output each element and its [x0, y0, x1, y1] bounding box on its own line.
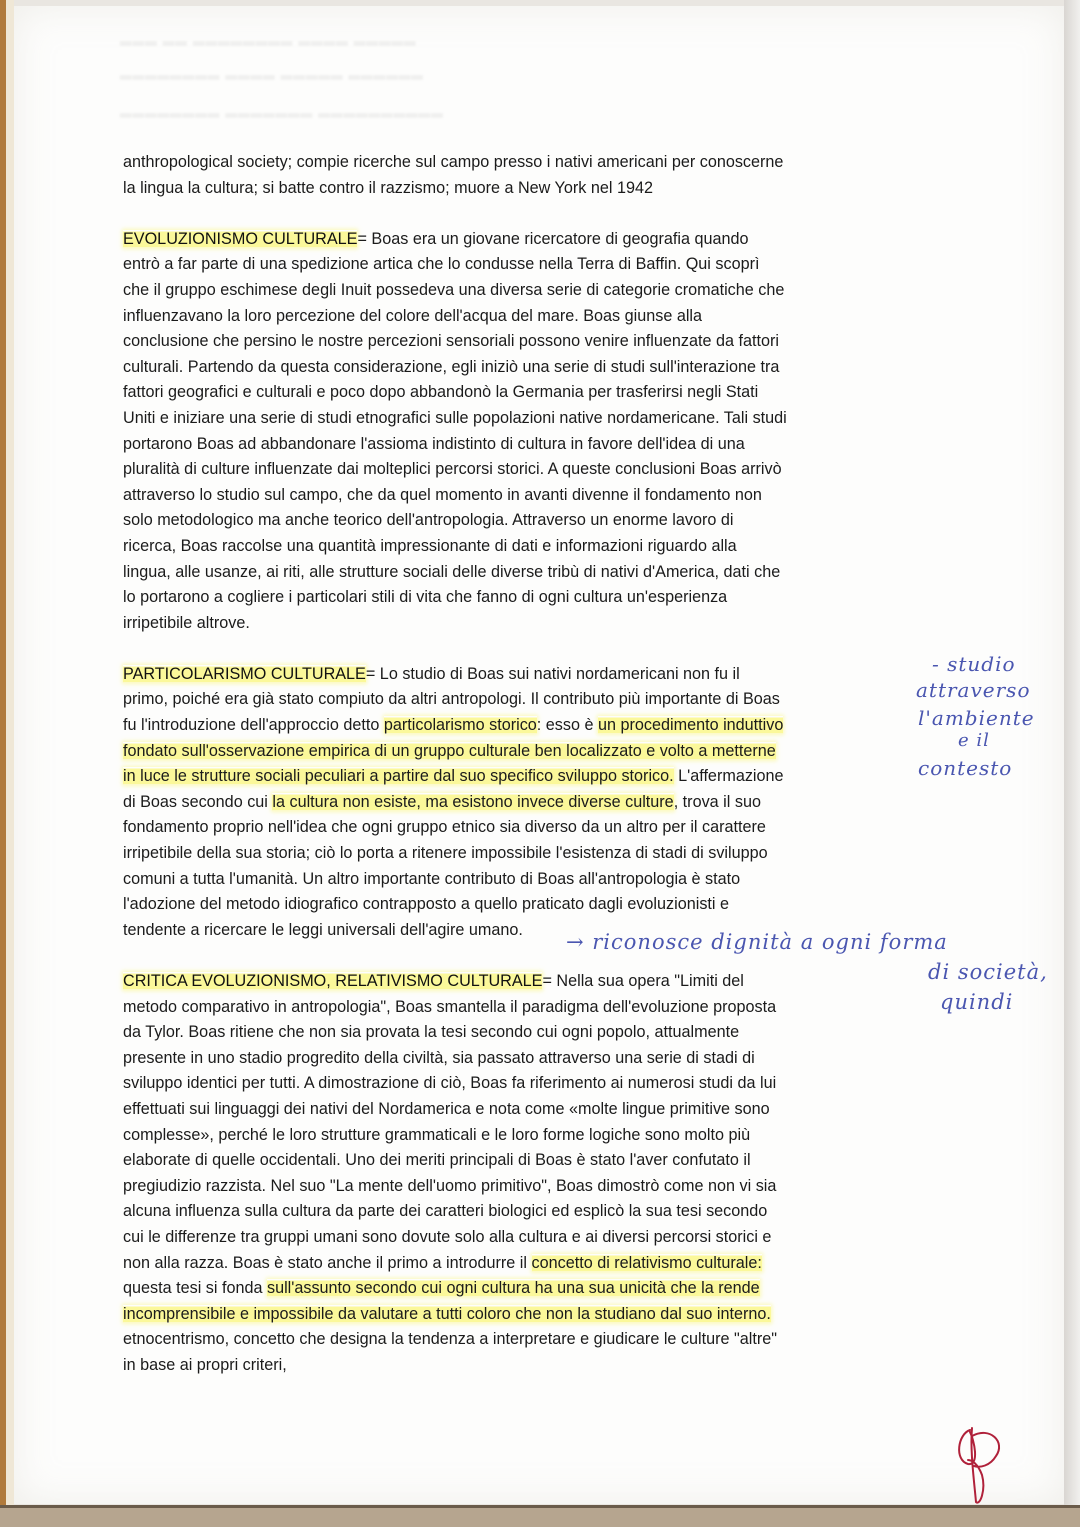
text-line: ricerca, Boas raccolse una quantità impr…: [123, 534, 923, 560]
text-line: metodo comparativo in antropologia", Boa…: [123, 995, 923, 1021]
text-run: fu l'introduzione dell'approccio detto: [123, 716, 384, 734]
text-line: culturali. Partendo da questa consideraz…: [123, 355, 923, 381]
text-line: portarono Boas ad abbandonare l'assioma …: [123, 432, 923, 458]
text-line: in base ai propri criteri,: [123, 1353, 923, 1379]
text-line: CRITICA EVOLUZIONISMO, RELATIVISMO CULTU…: [123, 969, 923, 995]
text-line: Uniti e iniziare una serie di studi etno…: [123, 406, 923, 432]
handwritten-note-line: - studio: [932, 652, 1016, 676]
text-run: = Lo studio di Boas sui nativi nordameri…: [366, 665, 740, 683]
bleed-through-text: ▂▂▂▂▂▂▂▂ ▂▂▂▂▂▂▂ ▂▂▂▂▂▂▂▂▂▂: [120, 100, 444, 118]
text-line: primo, poiché era già stato compiuto da …: [123, 687, 923, 713]
handwritten-note-line: contesto: [918, 756, 1012, 780]
handwritten-note-line: l'ambiente: [918, 706, 1035, 730]
text-line: anthropological society; compie ricerche…: [123, 150, 923, 176]
text-line: pluralità di culture influenzate dai mol…: [123, 457, 923, 483]
section-heading: CRITICA EVOLUZIONISMO, RELATIVISMO CULTU…: [123, 972, 542, 990]
section-heading: PARTICOLARISMO CULTURALE: [123, 665, 366, 683]
text-line: incomprensibile e impossibile da valutar…: [123, 1302, 923, 1328]
text-line: EVOLUZIONISMO CULTURALE= Boas era un gio…: [123, 227, 923, 253]
text-line: etnocentrismo, concetto che designa la t…: [123, 1327, 923, 1353]
text-line: solo metodologico ma anche teorico dell'…: [123, 508, 923, 534]
text-line: questa tesi si fonda sull'assunto second…: [123, 1276, 923, 1302]
text-run: non alla razza. Boas è stato anche il pr…: [123, 1254, 532, 1272]
text-line: l'adozione del metodo idiografico contra…: [123, 892, 923, 918]
text-line: elaborate di quelle occidentali. Uno dei…: [123, 1148, 923, 1174]
text-line: comuni a tutta l'umanità. Un altro impor…: [123, 867, 923, 893]
handwritten-note-line: di società,: [928, 960, 1048, 984]
handwritten-note-line: → riconosce dignità a ogni forma: [566, 930, 948, 954]
text-run: , trova il suo: [674, 793, 761, 811]
text-line: irripetibile altrove.: [123, 611, 923, 637]
text-line: complesse», perché le loro strutture gra…: [123, 1123, 923, 1149]
text-line: pregiudizio razzista. Nel suo "La mente …: [123, 1174, 923, 1200]
highlighted-text: concetto di relativismo culturale:: [532, 1254, 762, 1272]
section-critica-relativismo: CRITICA EVOLUZIONISMO, RELATIVISMO CULTU…: [123, 969, 923, 1379]
section-heading: EVOLUZIONISMO CULTURALE: [123, 230, 357, 248]
handwritten-signature-icon: [950, 1420, 1010, 1510]
highlighted-text: sull'assunto secondo cui ogni cultura ha…: [267, 1279, 760, 1297]
text-line: lingua, alle usanze, ai riti, alle strut…: [123, 560, 923, 586]
text-line: da Tylor. Boas ritiene che non sia prova…: [123, 1020, 923, 1046]
handwritten-note-line: e il: [958, 730, 990, 751]
text-line: influenzavano la loro percezione del col…: [123, 304, 923, 330]
text-run: : esso è: [537, 716, 598, 734]
highlighted-text: un procedimento induttivo: [598, 716, 783, 734]
text-run: questa tesi si fonda: [123, 1279, 267, 1297]
text-line: fu l'introduzione dell'approccio detto p…: [123, 713, 923, 739]
text-line: la lingua la cultura; si batte contro il…: [123, 176, 923, 202]
text-line: PARTICOLARISMO CULTURALE= Lo studio di B…: [123, 662, 923, 688]
handwritten-note-line: attraverso: [916, 678, 1030, 702]
text-line: presente in uno stadio progredito della …: [123, 1046, 923, 1072]
text-run: = Boas era un giovane ricercatore di geo…: [357, 230, 748, 248]
bleed-through-text: ▂▂▂▂▂▂▂▂ ▂▂▂▂ ▂▂▂▂▂ ▂▂▂▂▂▂: [120, 62, 424, 80]
text-line: effettuati sui linguaggi dei nativi del …: [123, 1097, 923, 1123]
text-line: irripetibile della sua storia; ciò lo po…: [123, 841, 923, 867]
highlighted-text: incomprensibile e impossibile da valutar…: [123, 1305, 771, 1323]
text-line: che il gruppo eschimese degli Inuit poss…: [123, 278, 923, 304]
handwritten-note-line: quindi: [940, 990, 1013, 1014]
text-line: fattori geografici e culturali e poco do…: [123, 380, 923, 406]
text-run: di Boas secondo cui: [123, 793, 272, 811]
text-line: fondamento proprio nell'idea che ogni gr…: [123, 815, 923, 841]
text-line: non alla razza. Boas è stato anche il pr…: [123, 1251, 923, 1277]
text-line: attraverso lo studio sul campo, che da q…: [123, 483, 923, 509]
text-line: lo portarono a cogliere i particolari st…: [123, 585, 923, 611]
document-body: anthropological society; compie ricerche…: [123, 150, 923, 1404]
highlighted-text: fondato sull'osservazione empirica di un…: [123, 742, 776, 760]
highlighted-text: particolarismo storico: [384, 716, 537, 734]
text-line: conclusione che persino le nostre percez…: [123, 329, 923, 355]
section-particolarismo: PARTICOLARISMO CULTURALE= Lo studio di B…: [123, 662, 923, 944]
bleed-through-text: ▂▂▂ ▂▂ ▂▂▂▂▂▂▂▂ ▂▂▂▂ ▂▂▂▂▂: [120, 28, 416, 46]
text-line: alcuna influenza sulla cultura da parte …: [123, 1199, 923, 1225]
text-line: di Boas secondo cui la cultura non esist…: [123, 790, 923, 816]
text-line: sviluppo identici per tutti. A dimostraz…: [123, 1071, 923, 1097]
text-line: in luce le strutture sociali peculiari a…: [123, 764, 923, 790]
highlighted-text: in luce le strutture sociali peculiari a…: [123, 767, 674, 785]
section-evoluzionismo: EVOLUZIONISMO CULTURALE= Boas era un gio…: [123, 227, 923, 637]
intro-paragraph: anthropological society; compie ricerche…: [123, 150, 923, 201]
text-line: fondato sull'osservazione empirica di un…: [123, 739, 923, 765]
text-line: entrò a far parte di una spedizione arti…: [123, 252, 923, 278]
highlighted-text: la cultura non esiste, ma esistono invec…: [272, 793, 673, 811]
paper-bottom-edge: [0, 1505, 1080, 1527]
paper-left-edge: [0, 0, 14, 1527]
text-run: = Nella sua opera "Limiti del: [542, 972, 743, 990]
paper-right-edge: [1064, 0, 1080, 1527]
text-line: cui le differenze tra gruppi umani sono …: [123, 1225, 923, 1251]
text-run: L'affermazione: [674, 767, 784, 785]
